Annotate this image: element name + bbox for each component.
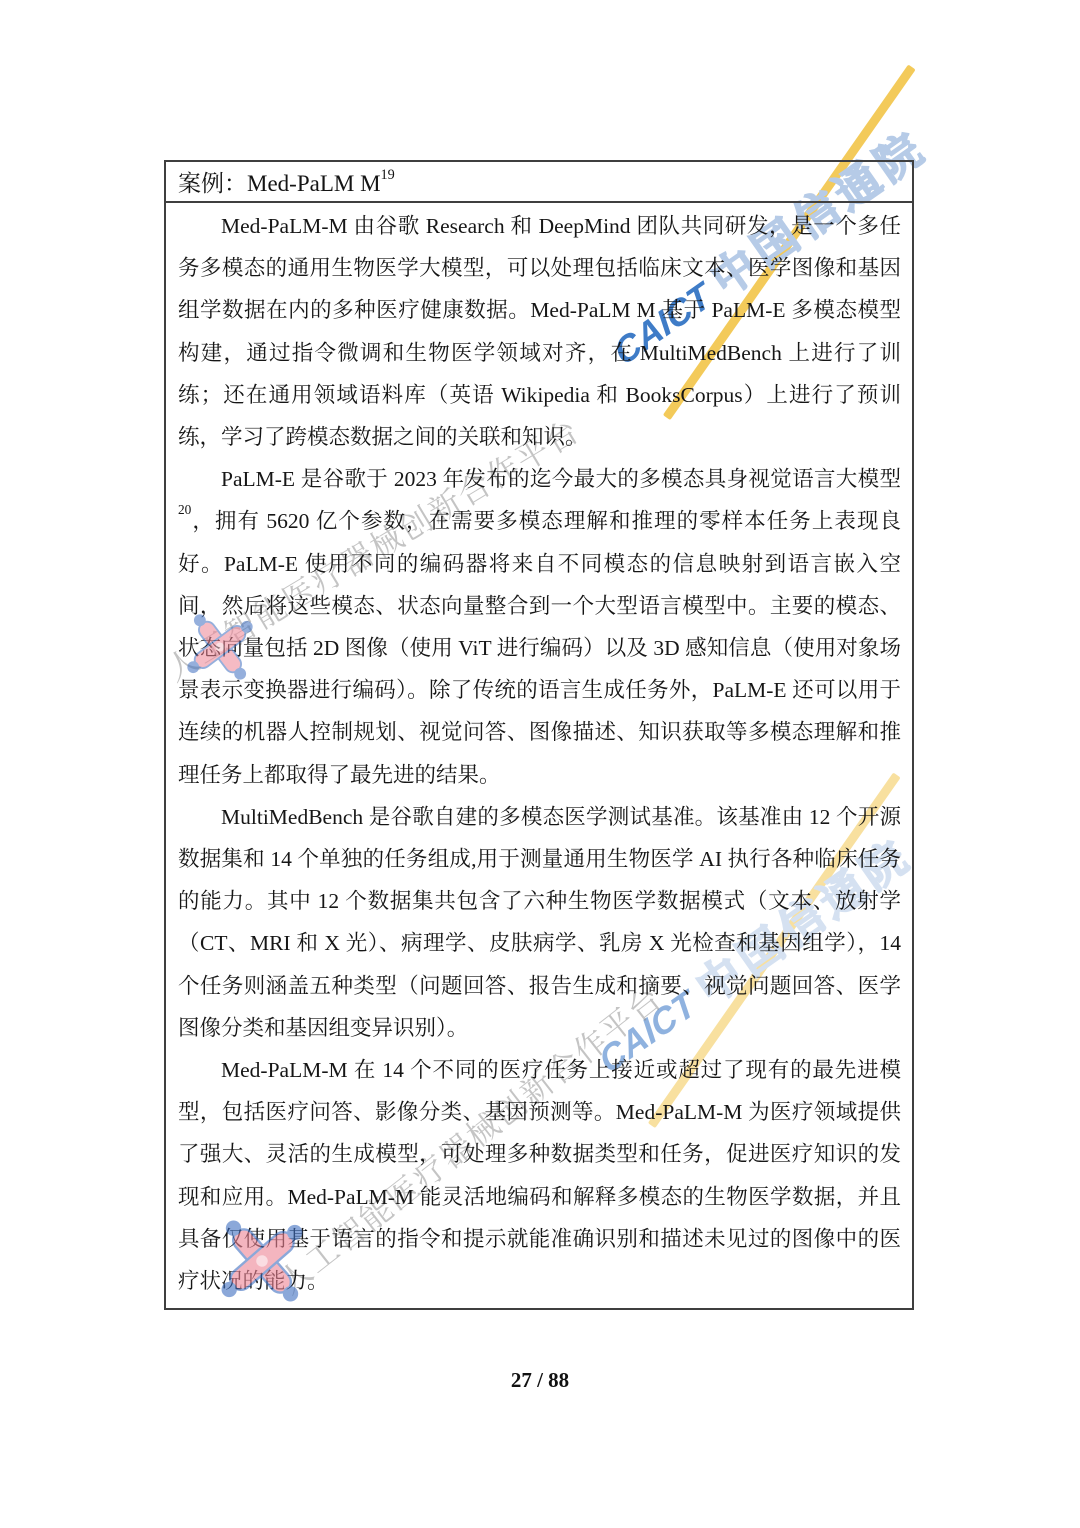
- document-page: CAICT 中国信通院 CAICT 中国信通院 人工智能医疗器械创新合作平台 人…: [0, 0, 1080, 1528]
- case-paragraph: Med-PaLM-M 在 14 个不同的医疗任务上接近或超过了现有的最先进模型，…: [178, 1049, 901, 1302]
- case-paragraph: Med-PaLM-M 由谷歌 Research 和 DeepMind 团队共同研…: [178, 205, 901, 458]
- case-header-row: 案例：Med-PaLM M19: [166, 162, 912, 203]
- case-title: 案例：Med-PaLM M: [178, 165, 381, 198]
- case-study-table: 案例：Med-PaLM M19 Med-PaLM-M 由谷歌 Research …: [164, 160, 914, 1310]
- case-paragraph: MultiMedBench 是谷歌自建的多模态医学测试基准。该基准由 12 个开…: [178, 796, 901, 1049]
- page-number: 27 / 88: [0, 1368, 1080, 1393]
- case-paragraphs: Med-PaLM-M 由谷歌 Research 和 DeepMind 团队共同研…: [166, 203, 912, 1308]
- case-paragraph: PaLM-E 是谷歌于 2023 年发布的迄今最大的多模态具身视觉语言大模型20…: [178, 458, 901, 796]
